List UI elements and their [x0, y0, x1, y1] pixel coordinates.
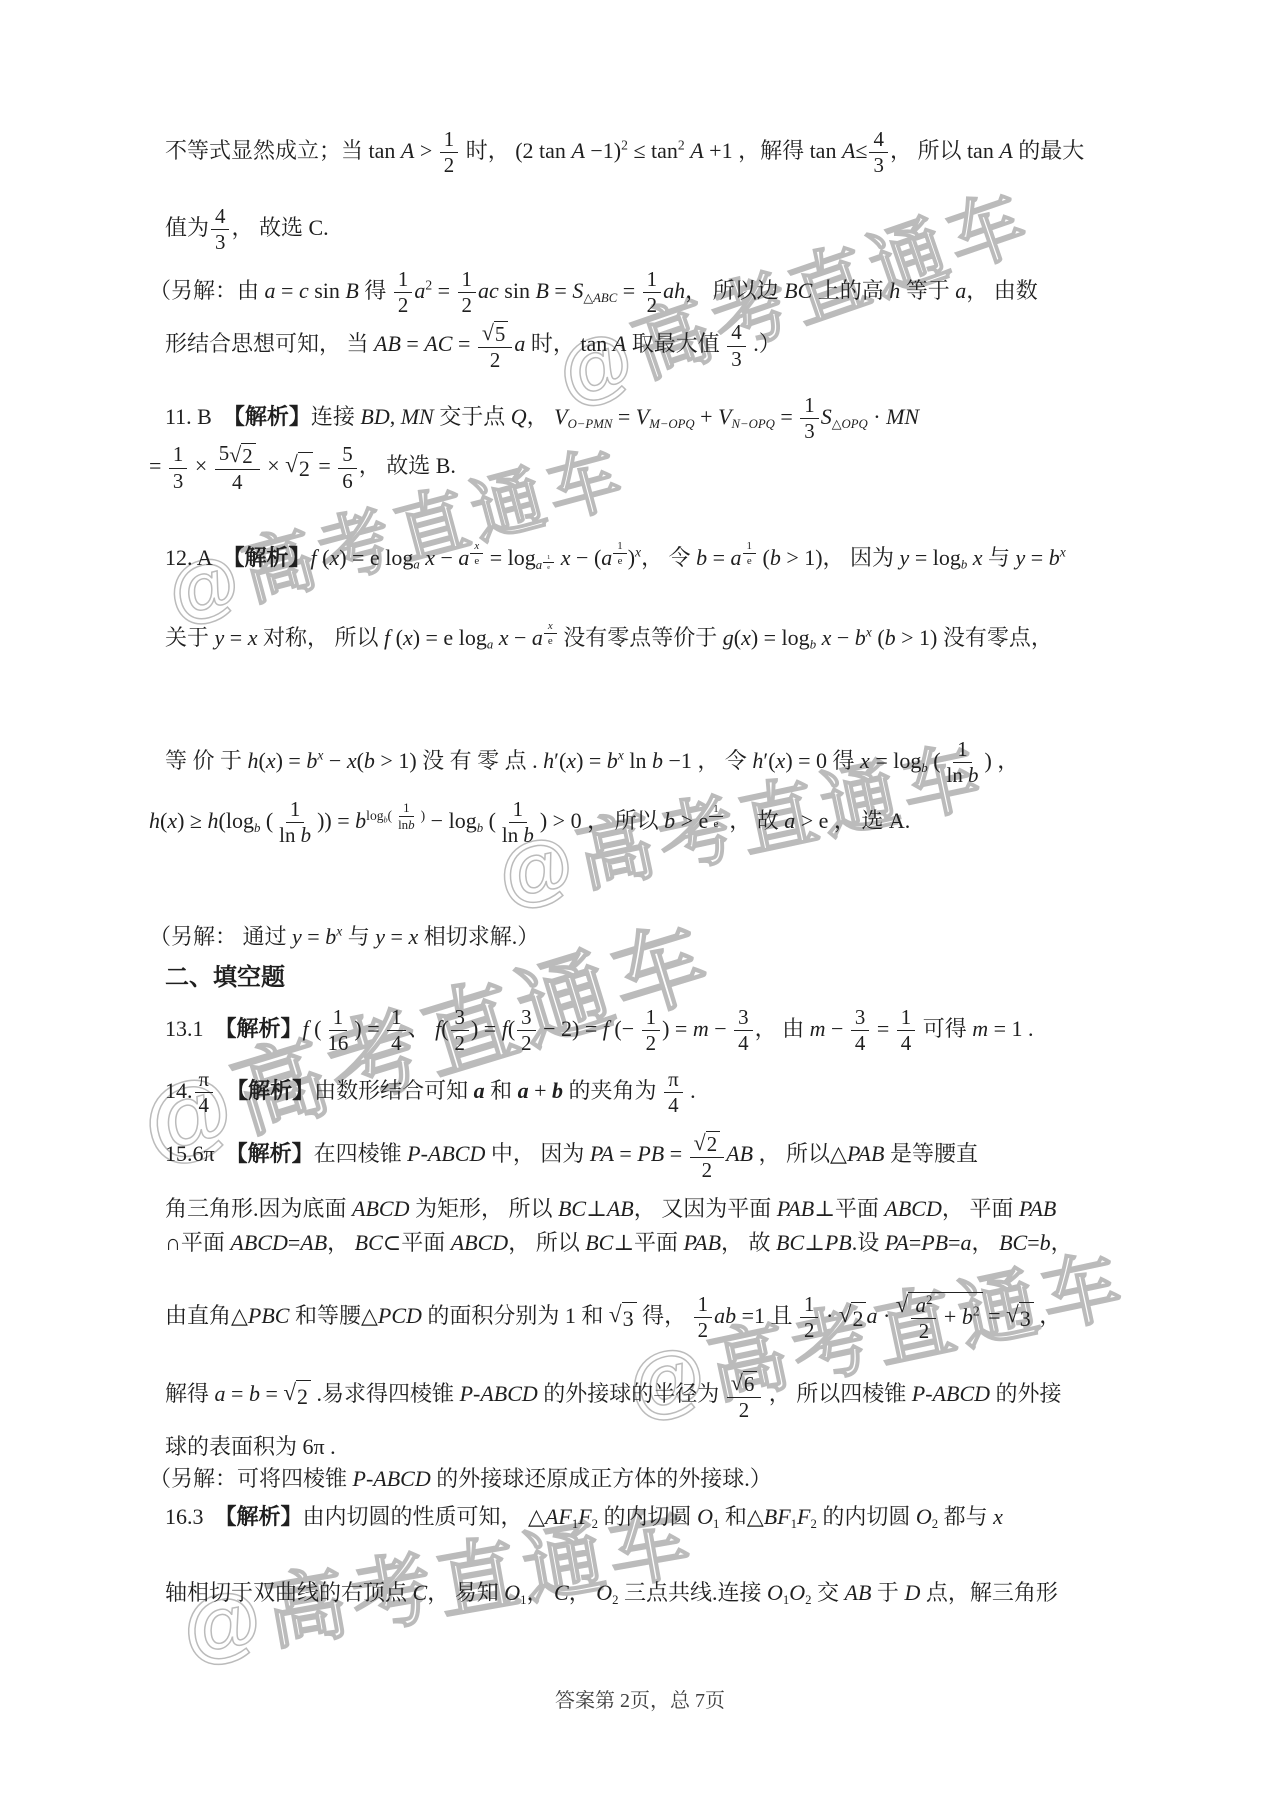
- answer-line: = 13 × 5√24 × √2 = 56， 故选 B.: [149, 442, 1114, 494]
- answer-sheet-page: { "page": { "footer": "答案第 2页，总 7页", "wa…: [0, 0, 1280, 1811]
- answer-line: 关于 y = x 对称， 所以 f (x) = e loga x − axe 没…: [165, 620, 1130, 653]
- answer-line: 不等式显然成立；当 tan A > 12 时， (2 tan A −1)2 ≤ …: [165, 128, 1130, 178]
- page-footer: 答案第 2页，总 7页: [0, 1684, 1280, 1713]
- answer-line: 球的表面积为 6π .: [165, 1432, 1130, 1462]
- answer-line: 形结合思想可知， 当 AB = AC = √52a 时， tan A 取最大值 …: [165, 320, 1130, 372]
- answer-line: 12. A 【解析】f (x) = e loga x − axe = loga1…: [165, 540, 1130, 573]
- answer-line: 轴相切于双曲线的右顶点 C， 易知 O1， C， O2 三点共线.连接 O1O2…: [165, 1578, 1130, 1608]
- answer-line: （另解：由 a = c sin B 得 12a2 = 12ac sin B = …: [149, 268, 1114, 318]
- answer-line: 14.π4 【解析】由数形结合可知 a 和 a + b 的夹角为 π4 .: [165, 1068, 1130, 1118]
- answer-line: 等 价 于 h(x) = bx − x(b > 1) 没 有 零 点 . h′(…: [165, 738, 1130, 788]
- answer-line: h(x) ≥ h(logb (1ln b)) = blogb(1lnb) − l…: [149, 798, 1114, 848]
- answer-line: 解得 a = b = √2 .易求得四棱锥 P-ABCD 的外接球的半径为 √6…: [165, 1370, 1130, 1422]
- answer-line: 值为43， 故选 C.: [165, 205, 1130, 255]
- answer-line: ∩平面 ABCD=AB， BC⊂平面 ABCD， 所以 BC⊥平面 PAB， 故…: [165, 1228, 1130, 1258]
- answer-line: 16.3 【解析】由内切圆的性质可知， △AF1F2 的内切圆 O1 和△BF1…: [165, 1502, 1130, 1532]
- answer-line: 11. B 【解析】连接 BD, MN 交于点 Q， VO−PMN = VM−O…: [165, 394, 1130, 444]
- answer-line: 二、填空题: [165, 962, 1130, 994]
- answer-line: 15.6π 【解析】在四棱锥 P-ABCD 中， 因为 PA = PB = √2…: [165, 1130, 1130, 1182]
- answer-line: 13.1 【解析】f (116) = 14、 f(32) = f(32 − 2)…: [165, 1006, 1130, 1056]
- answer-line: 由直角△PBC 和等腰△PCD 的面积分别为 1 和 √3 得， 12ab =1…: [165, 1292, 1130, 1344]
- answer-line: 角三角形.因为底面 ABCD 为矩形， 所以 BC⊥AB， 又因为平面 PAB⊥…: [165, 1194, 1130, 1224]
- answer-line: （另解： 通过 y = bx 与 y = x 相切求解.）: [149, 922, 1114, 952]
- answer-line: （另解：可将四棱锥 P-ABCD 的外接球还原成正方体的外接球.）: [149, 1464, 1114, 1494]
